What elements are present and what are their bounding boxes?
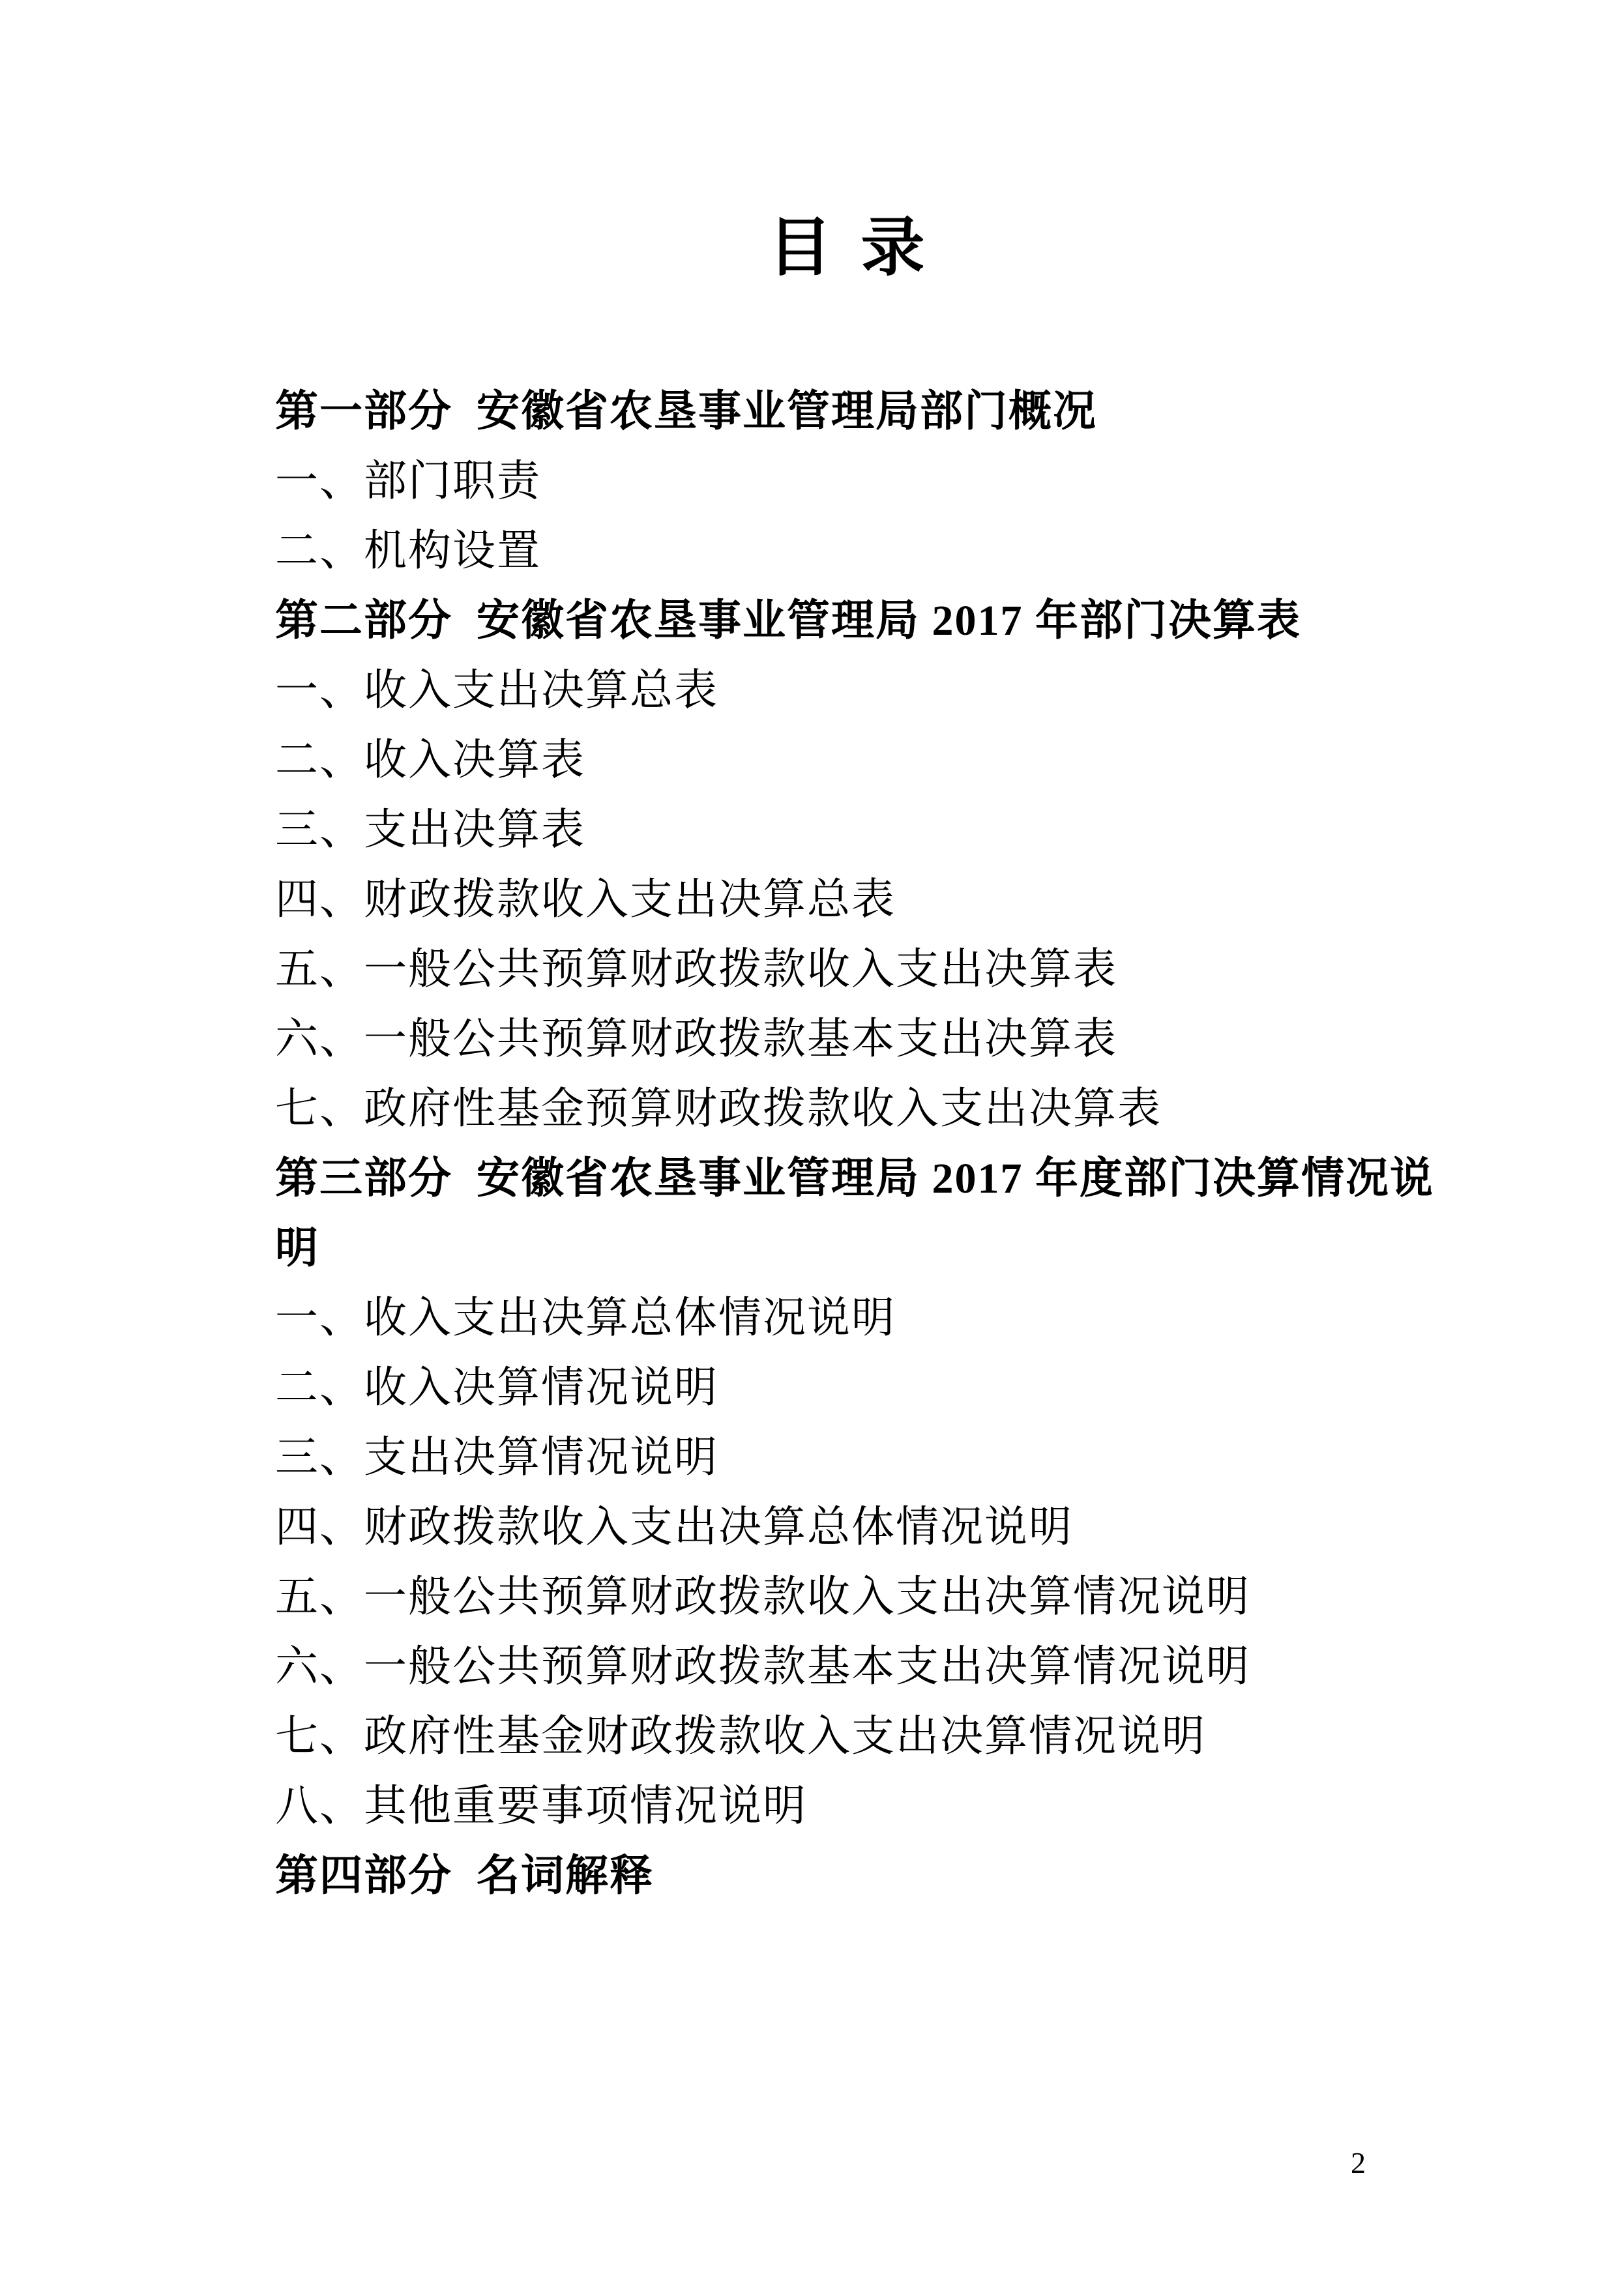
toc-item-part2-7: 七、政府性基金预算财政拨款收入支出决算表 [275,1074,1435,1144]
toc-item-part3-5: 五、一般公共预算财政拨款收入支出决算情况说明 [275,1562,1435,1632]
toc-heading-part3-line2: 明 [275,1213,1435,1283]
toc-item-part3-3: 三、支出决算情况说明 [275,1423,1435,1492]
toc-item-part3-7: 七、政府性基金财政拨款收入支出决算情况说明 [275,1702,1435,1771]
table-of-contents: 第一部分 安徽省农垦事业管理局部门概况 一、部门职责 二、机构设置 第二部分 安… [275,377,1435,1911]
page-number: 2 [1351,2148,1366,2178]
toc-item-part3-8: 八、其他重要事项情况说明 [275,1771,1435,1841]
toc-item-part3-2: 二、收入决算情况说明 [275,1353,1435,1423]
toc-heading-part1: 第一部分 安徽省农垦事业管理局部门概况 [275,377,1435,446]
toc-item-part2-1: 一、收入支出决算总表 [275,656,1435,725]
toc-item-part2-3: 三、支出决算表 [275,795,1435,865]
toc-item-part2-5: 五、一般公共预算财政拨款收入支出决算表 [275,935,1435,1004]
toc-item-part2-6: 六、一般公共预算财政拨款基本支出决算表 [275,1004,1435,1074]
document-page: 目 录 第一部分 安徽省农垦事业管理局部门概况 一、部门职责 二、机构设置 第二… [0,0,1618,2296]
toc-heading-part3-line1: 第三部分 安徽省农垦事业管理局 2017 年度部门决算情况说 [275,1144,1435,1213]
toc-item-part3-1: 一、收入支出决算总体情况说明 [275,1283,1435,1353]
toc-heading-part4: 第四部分 名词解释 [275,1841,1435,1911]
toc-heading-part2: 第二部分 安徽省农垦事业管理局 2017 年部门决算表 [275,586,1435,656]
toc-item-part2-4: 四、财政拨款收入支出决算总表 [275,865,1435,935]
page-title: 目 录 [768,215,932,282]
toc-item-part3-4: 四、财政拨款收入支出决算总体情况说明 [275,1492,1435,1562]
toc-item-part2-2: 二、收入决算表 [275,725,1435,795]
toc-item-part3-6: 六、一般公共预算财政拨款基本支出决算情况说明 [275,1632,1435,1702]
toc-item-part1-2: 二、机构设置 [275,516,1435,586]
toc-item-part1-1: 一、部门职责 [275,446,1435,516]
